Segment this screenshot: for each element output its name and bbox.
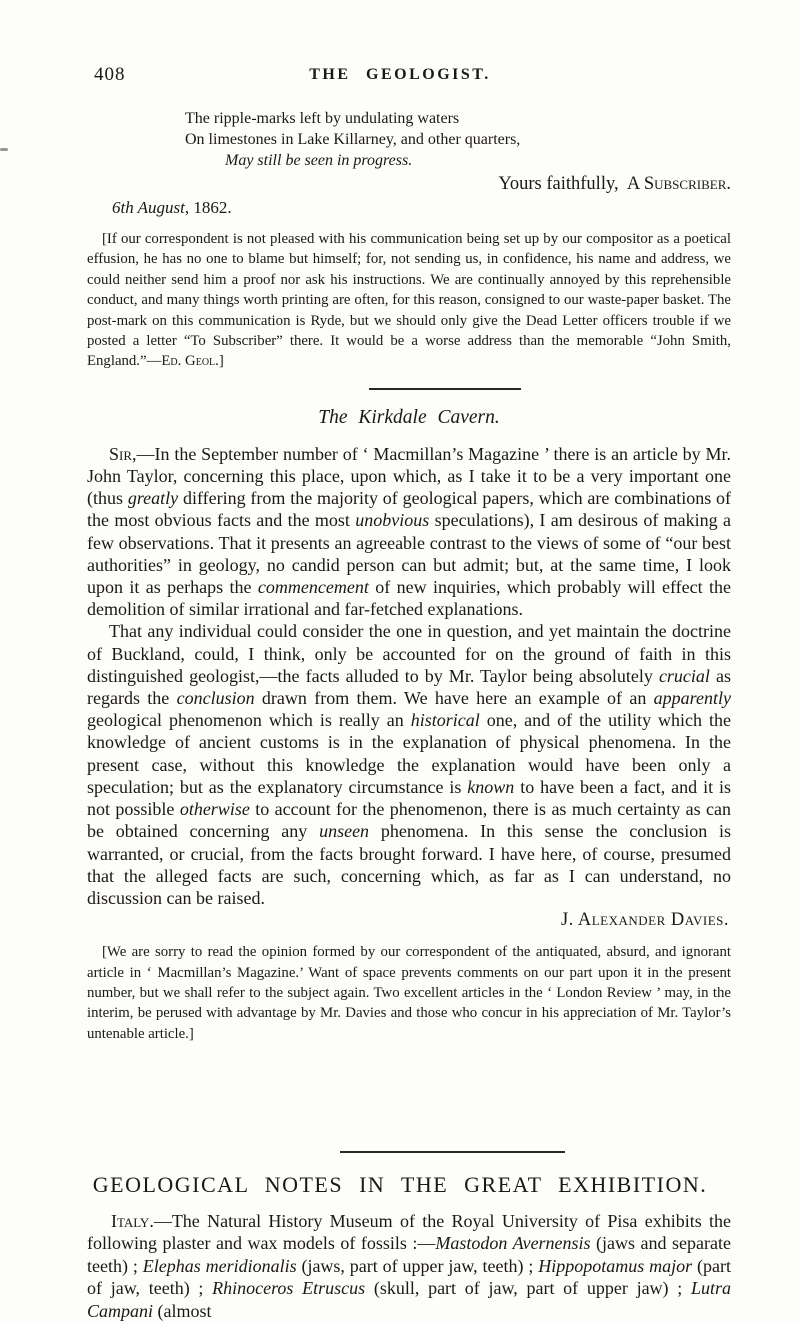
text-column: The ripple-marks left by undulating wate… — [87, 108, 731, 1044]
poem-line: On limestones in Lake Killarney, and oth… — [185, 129, 731, 150]
section-heading: GEOLOGICAL NOTES IN THE GREAT EXHIBITION… — [0, 1172, 800, 1198]
letter-paragraph: Sir,—In the September number of ‘ Macmil… — [87, 443, 731, 621]
page-number: 408 — [94, 64, 126, 86]
letter-valediction: Yours faithfully, A Subscriber. — [87, 173, 731, 195]
italy-paragraph: Italy.—The Natural History Museum of the… — [87, 1210, 731, 1322]
poem-line: The ripple-marks left by undulating wate… — [185, 108, 731, 129]
poem-line: May still be seen in progress. — [185, 150, 731, 171]
section-divider — [369, 388, 521, 390]
editor-note-kirkdale: [We are sorry to read the opinion formed… — [87, 942, 731, 1044]
running-head: 408 THE GEOLOGIST. — [0, 0, 800, 84]
letter-paragraph: That any individual could consider the o… — [87, 620, 731, 909]
letter-title: The Kirkdale Cavern. — [87, 406, 731, 430]
scan-artifact-mark — [0, 148, 8, 151]
journal-page: 408 THE GEOLOGIST. The ripple-marks left… — [0, 0, 800, 1324]
poem-quote: The ripple-marks left by undulating wate… — [185, 108, 731, 171]
editor-note-subscriber: [If our correspondent is not pleased wit… — [87, 229, 731, 372]
letter-date: 6th August, 1862. — [87, 197, 731, 218]
letter-signature: J. Alexander Davies. — [87, 909, 731, 931]
section-divider — [340, 1151, 565, 1153]
